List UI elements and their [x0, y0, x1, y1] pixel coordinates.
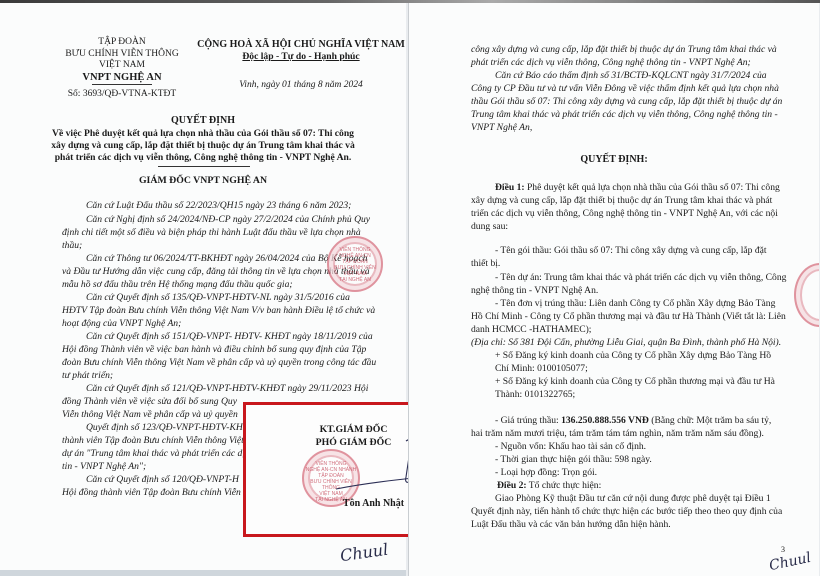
legal-basis-line: đồng Thành viên về việc sửa đổi bổ sung …: [62, 395, 237, 408]
article-1-label: Điều 1:: [495, 182, 525, 193]
subject-divider: [158, 166, 250, 167]
package-detail-line: - Tên dự án: Trung tâm khai thác và phát…: [495, 271, 786, 284]
legal-basis-line: và Đầu tư Hướng dẫn việc cung cấp, đăng …: [62, 265, 370, 278]
article-2-line: Luật Đấu thầu và các văn bản hướng dẫn h…: [471, 518, 671, 531]
legal-basis-line: mẫu hồ sơ đấu thầu trên Hệ thống mạng đấ…: [62, 278, 293, 291]
package-detail-line: (Địa chỉ: Số 381 Đội Cấn, phường Liễu Gi…: [471, 336, 781, 349]
seal-stamp: VIỄN THÔNG NGHỆ AN-CN TẬP ĐOÀN BƯU CHÍNH…: [327, 236, 383, 292]
legal-basis-line: tin - VNPT Nghệ An";: [62, 460, 146, 473]
legal-basis-line: Căn cứ Quyết định số 121/QĐ-VNPT-HĐTV-KH…: [86, 382, 368, 395]
document-title: QUYẾT ĐỊNH: [0, 114, 406, 127]
legal-basis-line: Hội đồng thành viên Tập đoàn Bưu chính V…: [62, 486, 241, 499]
article-2-label: Điều 2:: [497, 480, 527, 491]
legal-basis-line: Căn cứ Thông tư 06/2024/TT-BKHĐT ngày 26…: [86, 252, 367, 265]
package-detail-line: Hồ Chí Minh - Công ty Cổ phần thương mại…: [471, 310, 786, 323]
legal-basis-line: định chi tiết một số điều và biện pháp t…: [62, 226, 361, 239]
package-detail-line: thiết bị.: [471, 257, 500, 270]
national-header: CỘNG HOÀ XÃ HỘI CHỦ NGHĨA VIỆT NAM Độc l…: [196, 39, 406, 91]
subject-line-3: phát triển các dịch vụ viễn thông, Công …: [0, 151, 406, 164]
article-2-line: Giao Phòng Kỹ thuật Đầu tư căn cứ nội du…: [495, 492, 771, 505]
national-motto: Độc lập - Tự do - Hạnh phúc: [196, 51, 406, 63]
package-detail-line: danh HCMCC -HATHAMEC);: [471, 323, 591, 336]
winning-price: 136.250.888.556 VNĐ: [561, 415, 649, 426]
article-1-line: xây dựng và cung cấp, lắp đặt thiết bị t…: [471, 194, 772, 207]
legal-basis-line: thầu Gói thầu số 07: Thi công xây dựng v…: [471, 95, 782, 108]
legal-basis-line: dự án "Trung tâm khai thác và phát triển…: [62, 447, 245, 460]
legal-basis-line: Căn cứ Nghị định số 24/2024/NĐ-CP ngày 2…: [86, 213, 370, 226]
legal-basis-line: Quyết định số 123/QĐ-VNPT-HĐTV-KH: [86, 421, 243, 434]
legal-basis-line: Viễn thông Việt Nam về phân cấp và uỷ qu…: [62, 408, 238, 421]
initials-signature: Chuul: [339, 540, 389, 566]
article-1-line: dung sau:: [471, 220, 508, 233]
legal-basis-line: Hội đồng Thành viên về việc ban hành và …: [62, 343, 366, 356]
issuing-organization: TẬP ĐOÀN BƯU CHÍNH VIỄN THÔNG VIỆT NAM V…: [62, 37, 182, 101]
price-in-words: hai trăm năm mươi triệu, tám trăm tám tá…: [471, 427, 764, 440]
package-detail-line: - Tên đơn vị trúng thầu: Liên danh Công …: [495, 297, 775, 310]
legal-basis-line: Căn cứ Quyết định số 135/QĐ-VNPT-HĐTV-NL…: [86, 291, 350, 304]
article-1-line: triển các dịch vụ viễn thông, Công nghệ …: [471, 207, 778, 220]
funding-source: - Nguồn vốn: Khấu hao tài sản cố định.: [495, 440, 646, 453]
legal-basis-line: Căn cứ Quyết định số 120/QĐ-VNPT-H: [86, 473, 239, 486]
legal-basis-line: VNPT Nghệ An,: [471, 121, 532, 134]
legal-basis-line: Căn cứ Luật Đấu thầu số 22/2023/QH15 ngà…: [86, 199, 351, 212]
authority-heading: GIÁM ĐỐC VNPT NGHỆ AN: [0, 174, 406, 187]
package-detail-line: Thành: 0101322765;: [495, 388, 575, 401]
document-number: Số: 3693/QĐ-VTNA-KTĐT: [62, 89, 182, 101]
org-line-3: VIỆT NAM: [62, 60, 182, 72]
legal-basis-line: thành viên Tập đoàn Bưu chính Viễn thông…: [62, 434, 244, 447]
article-2-line: Quyết định này, tiến hành tổ chức thực h…: [471, 505, 782, 518]
viewer-bottom-edge: [0, 570, 406, 576]
contract-type: - Loại hợp đồng: Trọn gói.: [495, 466, 597, 479]
article-2-heading: Điều 2: Tổ chức thực hiện:: [497, 479, 601, 492]
org-line-2: BƯU CHÍNH VIỄN THÔNG: [62, 49, 182, 61]
package-detail-line: + Số Đăng ký kinh doanh của Công ty Cổ p…: [495, 375, 775, 388]
legal-basis-line: Trung tâm khai thác và phát triển các dị…: [471, 108, 778, 121]
legal-basis-line: HĐTV Tập đoàn Bưu chính Viễn thông Việt …: [62, 304, 375, 317]
legal-basis-line: phát triển các dịch vụ viễn thông, Công …: [471, 56, 751, 69]
decision-heading: QUYẾT ĐỊNH:: [409, 153, 819, 166]
package-detail-line: - Tên gói thầu: Gói thầu số 07: Thi công…: [495, 244, 767, 257]
legal-basis-line: Căn cứ Quyết định số 151/QĐ-VNPT- HĐTV- …: [86, 330, 373, 343]
legal-basis-line: thầu;: [62, 239, 82, 252]
legal-basis-line: Công ty CP Đầu tư và tư vấn Viễn Đông về…: [471, 82, 779, 95]
package-detail-line: nghệ thông tin - VNPT Nghệ An.: [471, 284, 598, 297]
document-page-3: công xây dựng và cung cấp, lắp đặt thiết…: [408, 3, 819, 576]
initials-signature: Chuul: [768, 550, 813, 574]
org-unit: VNPT NGHỆ AN: [62, 72, 182, 84]
execution-time: - Thời gian thực hiện gói thầu: 598 ngày…: [495, 453, 652, 466]
legal-basis-line: Căn cứ Báo cáo thẩm định số 31/BCTĐ-KQLC…: [495, 69, 767, 82]
package-detail-line: Chí Minh: 0100105077;: [495, 362, 588, 375]
seal-stamp-partial: [794, 263, 819, 327]
legal-basis-line: tư phát triển;: [62, 369, 113, 382]
org-underline: [92, 84, 152, 85]
legal-basis-line: đoàn Bưu chính Viễn thông Việt Nam về ph…: [62, 356, 376, 369]
place-date: Vinh, ngày 01 tháng 8 năm 2024: [196, 79, 406, 91]
org-line-1: TẬP ĐOÀN: [62, 37, 182, 49]
article-1-first-line: Điều 1: Phê duyệt kết quả lựa chọn nhà t…: [495, 181, 780, 194]
legal-basis-line: hoạt động của VNPT Nghệ An;: [62, 317, 181, 330]
winning-price-line: - Giá trúng thầu: 136.250.888.556 VNĐ (B…: [495, 414, 771, 427]
national-title: CỘNG HOÀ XÃ HỘI CHỦ NGHĨA VIỆT NAM: [196, 39, 406, 51]
legal-basis-line: công xây dựng và cung cấp, lắp đặt thiết…: [471, 43, 777, 56]
package-detail-line: + Số Đăng ký kinh doanh của Công ty Cổ p…: [495, 349, 771, 362]
